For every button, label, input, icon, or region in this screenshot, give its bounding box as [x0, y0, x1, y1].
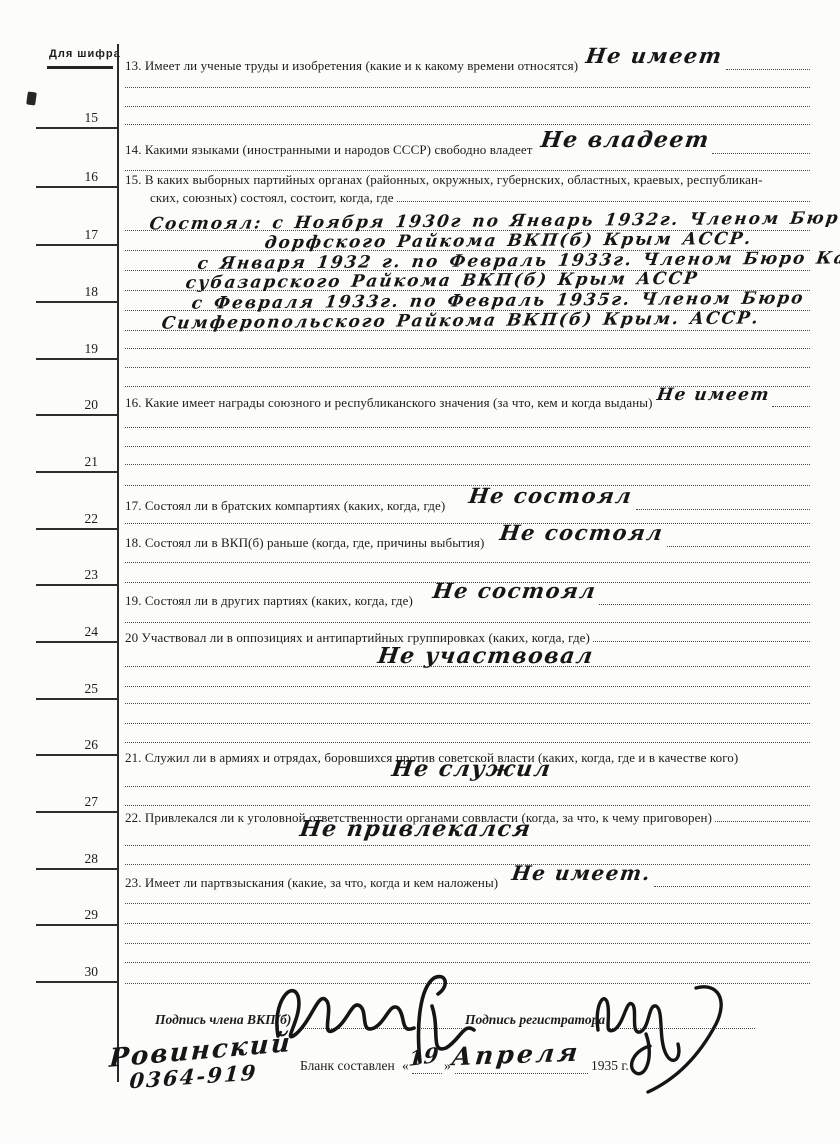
dotted-answer-line	[125, 469, 810, 486]
question-15-text-line2: ских, союзных) состоял, состоит, когда, …	[125, 189, 394, 207]
question-18-row: 18. Состоял ли в ВКП(б) раньше (когда, г…	[125, 527, 810, 545]
dotted-answer-line	[125, 726, 810, 743]
cipher-row-divider	[36, 301, 117, 303]
dotted-answer-line	[125, 351, 810, 368]
dotted-answer-line	[125, 71, 810, 88]
cipher-row-divider	[36, 698, 117, 700]
question-13-answer: Не имеет	[584, 43, 724, 68]
dotted-answer-line	[125, 887, 810, 904]
dotted-answer-line	[125, 770, 810, 787]
cipher-number: 25	[36, 681, 98, 696]
question-17-row: 17. Состоял ли в братских компартиях (ка…	[125, 490, 810, 508]
cipher-row-divider	[36, 811, 117, 813]
cipher-number: 17	[36, 227, 98, 242]
question-16-answer: Не имеет	[655, 385, 771, 405]
question-16-text: 16. Какие имеет награды союзного и респу…	[125, 394, 653, 412]
cipher-column-header: Для шифра	[49, 48, 121, 60]
dotted-answer-line	[125, 507, 810, 524]
cipher-row-divider	[36, 127, 117, 129]
cipher-number: 26	[36, 737, 98, 752]
question-15-row-continued: ских, союзных) состоял, состоит, когда, …	[125, 189, 810, 207]
registration-form-page: Для шифра 15 16 17 18 19 20 21 22 23 24 …	[0, 0, 840, 1144]
dotted-answer-line	[125, 650, 810, 667]
ink-blot	[26, 91, 37, 105]
cipher-number: 21	[36, 454, 98, 469]
dotted-answer-line	[125, 927, 810, 944]
question-18-answer: Не состоял	[499, 520, 666, 545]
dotted-leader	[593, 641, 810, 642]
form-compiled-year: 1935 г.	[591, 1058, 629, 1074]
dotted-answer-line	[125, 332, 810, 349]
member-signature	[268, 972, 480, 1068]
dotted-answer-line	[125, 154, 810, 171]
question-23-row: 23. Имеет ли партвзыскания (какие, за чт…	[125, 868, 810, 886]
dotted-answer-line	[125, 606, 810, 623]
cipher-column-divider	[117, 44, 119, 1082]
dotted-answer-line	[125, 707, 810, 724]
cipher-number: 16	[36, 169, 98, 184]
dotted-answer-line	[125, 90, 810, 107]
question-17-answer: Не состоял	[468, 483, 635, 508]
cipher-number: 30	[36, 964, 98, 979]
question-23-answer: Не имеет.	[511, 861, 654, 885]
dotted-answer-line	[125, 789, 810, 806]
cipher-header-rule	[47, 66, 113, 69]
cipher-row-divider	[36, 528, 117, 530]
cipher-row-divider	[36, 924, 117, 926]
form-compiled-label: Бланк составлен	[300, 1058, 395, 1074]
dotted-answer-line	[125, 546, 810, 563]
dotted-answer-line	[125, 946, 810, 963]
dotted-leader	[599, 604, 810, 605]
dotted-answer-line	[125, 108, 810, 125]
question-15-text-line1: 15. В каких выборных партийных органах (…	[125, 171, 763, 189]
cipher-number: 29	[36, 907, 98, 922]
dotted-answer-line	[125, 687, 810, 704]
dotted-answer-line	[125, 907, 810, 924]
cipher-number: 20	[36, 397, 98, 412]
question-13-row: 13. Имеет ли ученые труды и изобретения …	[125, 50, 810, 68]
month-dotted-line	[455, 1057, 588, 1074]
dotted-leader	[772, 406, 810, 407]
question-16-row: 16. Какие имеет награды союзного и респу…	[125, 392, 810, 410]
cipher-number: 15	[36, 110, 98, 125]
cipher-row-divider	[36, 981, 117, 983]
dotted-answer-line	[125, 670, 810, 687]
question-15-row: 15. В каких выборных партийных органах (…	[125, 171, 810, 189]
cipher-row-divider	[36, 358, 117, 360]
cipher-row-divider	[36, 414, 117, 416]
cipher-number: 18	[36, 284, 98, 299]
question-19-answer: Не состоял	[431, 578, 598, 603]
cipher-row-divider	[36, 471, 117, 473]
dotted-answer-line	[125, 411, 810, 428]
dotted-answer-line	[125, 430, 810, 447]
dotted-leader	[397, 201, 810, 202]
dotted-answer-line	[125, 848, 810, 865]
cipher-row-divider	[36, 754, 117, 756]
question-14-row: 14. Какими языками (иностранными и народ…	[125, 134, 810, 152]
dotted-answer-line	[125, 829, 810, 846]
registrar-signature	[576, 980, 756, 1098]
cipher-row-divider	[36, 868, 117, 870]
cipher-number: 28	[36, 851, 98, 866]
cipher-number: 22	[36, 511, 98, 526]
question-14-answer: Не владеет	[539, 127, 711, 153]
cipher-row-divider	[36, 584, 117, 586]
dotted-leader	[726, 69, 810, 70]
cipher-row-divider	[36, 244, 117, 246]
dotted-leader	[715, 821, 810, 822]
cipher-number: 23	[36, 567, 98, 582]
dotted-answer-line	[125, 448, 810, 465]
cipher-number: 24	[36, 624, 98, 639]
cipher-row-divider	[36, 641, 117, 643]
day-dotted-line	[412, 1057, 442, 1074]
cipher-number: 19	[36, 341, 98, 356]
question-19-row: 19. Состоял ли в других партиях (каких, …	[125, 585, 810, 603]
cipher-row-divider	[36, 186, 117, 188]
cipher-number: 27	[36, 794, 98, 809]
